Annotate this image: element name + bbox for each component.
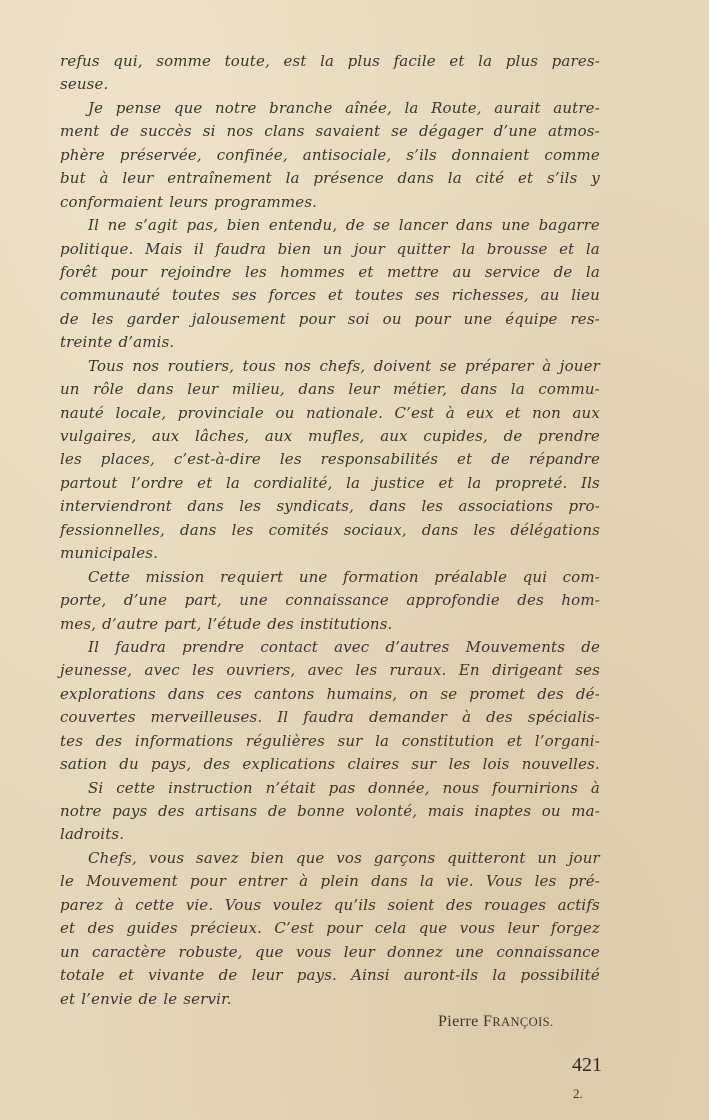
word: dans: [187, 495, 224, 518]
word: les: [232, 519, 254, 542]
word: plus: [506, 50, 538, 73]
word: donnaient: [452, 144, 530, 167]
word: la: [286, 167, 300, 190]
word: parez: [60, 894, 103, 917]
word: antisociale,: [303, 144, 392, 167]
word: qu’ils: [334, 894, 376, 917]
word: provinciale: [178, 402, 264, 425]
word: fournirions: [492, 777, 578, 800]
word: Il: [88, 636, 99, 659]
word: clans: [264, 120, 304, 143]
text-line: leMouvementpourentreràpleindanslavie.Vou…: [60, 870, 600, 893]
text-line: refusqui,sommetoute,estlaplusfacileetlap…: [60, 50, 600, 73]
word: et: [505, 402, 520, 425]
word: nos: [132, 355, 159, 378]
word: non: [532, 402, 561, 425]
word: s’ils: [547, 167, 578, 190]
text-line: Cettemissionrequiertuneformationpréalabl…: [60, 566, 600, 589]
word: dé-: [576, 683, 600, 706]
word: leur: [344, 941, 375, 964]
word: mes,: [60, 613, 96, 636]
text-line: butàleurentraînementlaprésencedanslacité…: [60, 167, 600, 190]
word: plein: [320, 870, 358, 893]
word: les: [473, 519, 495, 542]
word: et: [449, 50, 464, 73]
text-line: porte,d’unepart,uneconnaissanceapprofond…: [60, 589, 600, 612]
word: ouvriers,: [226, 659, 295, 682]
word: Mais: [145, 238, 182, 261]
word: Route,: [431, 97, 482, 120]
word: et: [439, 472, 454, 495]
text-line: totaleetvivantedeleurpays.Ainsiauront-il…: [60, 964, 600, 987]
word: que: [419, 917, 448, 940]
word: sur: [411, 753, 436, 776]
word: le: [60, 870, 74, 893]
word: pays.: [297, 964, 337, 987]
word: forgez: [551, 917, 600, 940]
word: dans: [371, 870, 408, 893]
word: une: [299, 566, 328, 589]
word: ou: [383, 308, 402, 331]
word: avec: [334, 636, 369, 659]
word: garçons: [374, 847, 436, 870]
word: les: [449, 753, 471, 776]
word: cordialité,: [254, 472, 333, 495]
word: la: [586, 261, 600, 284]
text-line: phèrepréservée,confinée,antisociale,s’il…: [60, 144, 600, 167]
word: robuste,: [179, 941, 243, 964]
word: et: [197, 472, 212, 495]
word: il: [194, 238, 204, 261]
word: vous: [460, 917, 495, 940]
text-line: couvertesmerveilleuses.Ilfaudrademanderà…: [60, 706, 600, 729]
word: des: [96, 730, 123, 753]
word: ou: [275, 402, 294, 425]
word: à: [542, 355, 551, 378]
word: cupides,: [423, 425, 488, 448]
word: rôle: [93, 378, 123, 401]
word: des: [517, 589, 544, 612]
word: couvertes: [60, 706, 136, 729]
word: vie.: [446, 870, 474, 893]
text-line: mes,d’autrepart,l’étudedesinstitutions.: [60, 613, 600, 636]
word: métier,: [393, 378, 447, 401]
word: Il: [277, 706, 288, 729]
word: mission: [146, 566, 205, 589]
word: avec: [308, 659, 343, 682]
text-line: conformaientleursprogrammes.: [60, 191, 600, 214]
word: à: [100, 167, 109, 190]
word: service: [485, 261, 540, 284]
word: pour: [111, 261, 147, 284]
word: politique.: [60, 238, 133, 261]
word: équipe: [505, 308, 557, 331]
word: et: [119, 964, 134, 987]
word: se: [440, 355, 457, 378]
word: délégations: [510, 519, 600, 542]
word: de: [268, 800, 287, 823]
word: cette: [135, 894, 174, 917]
word: les: [92, 308, 114, 331]
word: des: [267, 613, 294, 636]
word: répandre: [529, 448, 600, 471]
word: savaient: [316, 120, 381, 143]
word: dans: [180, 519, 217, 542]
word: servir.: [183, 988, 231, 1011]
text-line: seuse.: [60, 73, 600, 96]
word: des: [486, 706, 513, 729]
word: Vous: [225, 894, 261, 917]
word: milieu,: [232, 378, 285, 401]
word: un: [60, 378, 80, 401]
word: Mouvement: [86, 870, 178, 893]
word: bonne: [297, 800, 345, 823]
word: jouer: [560, 355, 600, 378]
word: une: [455, 941, 484, 964]
word: d’amis.: [119, 331, 175, 354]
word: confinée,: [217, 144, 288, 167]
word: actifs: [558, 894, 600, 917]
word: et: [60, 917, 75, 940]
word: de: [581, 636, 600, 659]
word: à: [115, 894, 124, 917]
word: dans: [168, 683, 205, 706]
word: toutes: [355, 284, 403, 307]
word: chefs,: [319, 355, 365, 378]
word: prendre: [538, 425, 600, 448]
word: jour: [354, 238, 385, 261]
word: cela: [375, 917, 407, 940]
word: quitteront: [447, 847, 525, 870]
word: pense: [116, 97, 161, 120]
word: bien: [251, 847, 285, 870]
word: dirigeant: [492, 659, 563, 682]
word: vivante: [148, 964, 204, 987]
word: entendu,: [269, 214, 337, 237]
word: leur: [348, 378, 379, 401]
word: la: [467, 472, 481, 495]
text-line: fessionnelles,danslescomitéssociaux,dans…: [60, 519, 600, 542]
word: et: [518, 167, 533, 190]
word: de: [60, 308, 79, 331]
word: de: [346, 214, 365, 237]
word: Il: [88, 214, 99, 237]
word: des: [88, 917, 115, 940]
word: pour: [415, 308, 451, 331]
word: rejoindre: [160, 261, 231, 284]
word: pré-: [569, 870, 600, 893]
word: de: [504, 425, 523, 448]
word: nos: [284, 355, 311, 378]
word: notre: [215, 97, 257, 120]
text-line: Sicetteinstructionn’étaitpasdonnée,nousf…: [60, 777, 600, 800]
word: l’étude: [208, 613, 262, 636]
word: la: [478, 50, 492, 73]
word: on: [409, 683, 428, 706]
word: ses: [415, 284, 440, 307]
word: une: [239, 589, 268, 612]
word: cette: [116, 777, 155, 800]
text-line: municipales.: [60, 542, 600, 565]
author-signature: Pierre François.: [438, 1013, 554, 1031]
word: et: [559, 238, 574, 261]
word: artisans: [195, 800, 257, 823]
word: les: [239, 495, 261, 518]
word: vos: [336, 847, 362, 870]
word: la: [420, 870, 434, 893]
word: un: [60, 941, 80, 964]
word: communauté: [60, 284, 160, 307]
word: la: [492, 964, 506, 987]
word: fessionnelles,: [60, 519, 165, 542]
word: plus: [348, 50, 380, 73]
word: aux: [380, 425, 408, 448]
word: de: [139, 988, 158, 1011]
word: bien: [278, 238, 312, 261]
word: Cette: [88, 566, 130, 589]
word: forces: [269, 284, 317, 307]
word: la: [375, 730, 389, 753]
word: les: [192, 659, 214, 682]
text-line: interviendrontdanslessyndicats,danslesas…: [60, 495, 600, 518]
word: possibilité: [521, 964, 600, 987]
word: d’une: [124, 589, 167, 612]
word: brousse: [487, 238, 548, 261]
word: un: [537, 847, 557, 870]
text-line: treinted’amis.: [60, 331, 600, 354]
word: facile: [394, 50, 436, 73]
word: dans: [298, 378, 335, 401]
word: que: [174, 97, 203, 120]
word: pares-: [552, 50, 600, 73]
text-line: forêtpourrejoindreleshommesetmettreauser…: [60, 261, 600, 284]
word: responsabilités: [321, 448, 439, 471]
word: atmos-: [548, 120, 600, 143]
word: partout: [60, 472, 118, 495]
word: sociaux,: [344, 519, 407, 542]
word: commu-: [538, 378, 600, 401]
word: qui: [523, 566, 548, 589]
text-line: lesplaces,c’est-à-direlesresponsabilités…: [60, 448, 600, 471]
word: forêt: [60, 261, 97, 284]
word: au: [541, 284, 560, 307]
word: régulières: [246, 730, 325, 753]
word: tous: [243, 355, 276, 378]
word: jalousement: [192, 308, 286, 331]
word: ruraux.: [390, 659, 447, 682]
word: d’autre: [102, 613, 158, 636]
word: part,: [164, 613, 201, 636]
word: se: [391, 120, 408, 143]
word: une: [501, 214, 530, 237]
word: Mouvements: [466, 636, 565, 659]
word: com-: [563, 566, 600, 589]
author-last-name-initial: F: [483, 1013, 492, 1030]
text-line: politique.Maisilfaudrabienunjourquitterl…: [60, 238, 600, 261]
word: constitution: [402, 730, 495, 753]
printer-signature-mark: 2.: [573, 1086, 583, 1102]
word: y: [591, 167, 600, 190]
word: seuse.: [60, 73, 108, 96]
word: dans: [456, 214, 493, 237]
word: locale,: [115, 402, 166, 425]
text-line: Jepensequenotrebrancheaînée,laRoute,aura…: [60, 97, 600, 120]
word: demander: [369, 706, 447, 729]
word: les: [535, 870, 557, 893]
word: C’est: [274, 917, 314, 940]
word: guides: [127, 917, 178, 940]
word: Je: [88, 97, 103, 120]
word: somme: [156, 50, 211, 73]
word: leur: [251, 964, 282, 987]
word: se: [373, 214, 390, 237]
word: ne: [108, 214, 127, 237]
word: auront-ils: [404, 964, 478, 987]
word: faudra: [115, 636, 166, 659]
word: justice: [374, 472, 425, 495]
word: vulgaires,: [60, 425, 136, 448]
word: lancer: [399, 214, 448, 237]
word: ma-: [571, 800, 600, 823]
text-line: etdesguidesprécieux.C’estpourcelaquevous…: [60, 917, 600, 940]
word: Ainsi: [351, 964, 390, 987]
word: part,: [185, 589, 222, 612]
text-line: etl’enviedeleservir.: [60, 988, 600, 1011]
text-line: mentdesuccèssinosclanssavaientsedégagerd…: [60, 120, 600, 143]
word: mais: [428, 800, 464, 823]
word: connaissance: [496, 941, 600, 964]
word: nouvelles.: [522, 753, 600, 776]
word: pour: [299, 308, 335, 331]
word: inaptes: [475, 800, 532, 823]
word: municipales.: [60, 542, 158, 565]
word: donnée,: [368, 777, 430, 800]
book-page: refusqui,sommetoute,estlaplusfacileetlap…: [0, 0, 709, 1120]
word: se: [440, 683, 457, 706]
text-line: uncaractèrerobuste,quevousleurdonnezunec…: [60, 941, 600, 964]
word: Chefs,: [88, 847, 137, 870]
word: spécialis-: [528, 706, 600, 729]
word: ses: [232, 284, 257, 307]
word: faudra: [215, 238, 266, 261]
word: pro-: [568, 495, 599, 518]
word: un: [323, 238, 343, 261]
text-line: delesgarderjalousementpoursoioupouruneéq…: [60, 308, 600, 331]
word: du: [119, 753, 139, 776]
word: rouages: [484, 894, 546, 917]
word: nauté: [60, 402, 104, 425]
word: eux: [466, 402, 493, 425]
word: l’envie: [81, 988, 132, 1011]
word: nationale.: [306, 402, 383, 425]
word: lâches,: [195, 425, 249, 448]
word: but: [60, 167, 86, 190]
word: si: [203, 120, 216, 143]
author-first-name: Pierre: [438, 1013, 479, 1030]
word: branche: [269, 97, 332, 120]
word: conformaient: [60, 191, 163, 214]
word: humains,: [327, 683, 398, 706]
word: s’agit: [135, 214, 178, 237]
word: treinte: [60, 331, 113, 354]
word: mufles,: [308, 425, 365, 448]
word: préparer: [465, 355, 534, 378]
word: places,: [101, 448, 155, 471]
word: toutes: [172, 284, 220, 307]
word: sur: [338, 730, 363, 753]
word: entraînement: [167, 167, 272, 190]
word: pas,: [187, 214, 219, 237]
word: des: [204, 753, 231, 776]
word: leur: [507, 917, 538, 940]
word: la: [448, 167, 462, 190]
text-line: notrepaysdesartisansdebonnevolonté,maisi…: [60, 800, 600, 823]
word: et: [358, 261, 373, 284]
word: les: [280, 448, 302, 471]
word: aux: [572, 402, 600, 425]
word: syndicats,: [276, 495, 354, 518]
word: aînée,: [345, 97, 392, 120]
text-line: communautétoutessesforcesettoutessesrich…: [60, 284, 600, 307]
word: est: [283, 50, 306, 73]
word: d’une: [494, 120, 537, 143]
word: propreté.: [495, 472, 567, 495]
word: pour: [190, 870, 226, 893]
word: des: [158, 800, 185, 823]
word: explorations: [60, 683, 156, 706]
word: porte,: [60, 589, 106, 612]
word: c’est-à-dire: [174, 448, 261, 471]
word: hom-: [561, 589, 600, 612]
word: richesses,: [452, 284, 529, 307]
word: aux: [265, 425, 293, 448]
word: n’était: [266, 777, 316, 800]
word: pour: [326, 917, 362, 940]
word: succès: [140, 120, 192, 143]
word: lieu: [571, 284, 600, 307]
word: Vous: [486, 870, 522, 893]
body-text: refusqui,sommetoute,estlaplusfacileetlap…: [60, 50, 600, 1011]
word: totale: [60, 964, 105, 987]
text-line: explorationsdanscescantonshumains,onsepr…: [60, 683, 600, 706]
text-line: jeunesse,aveclesouvriers,aveclesruraux.E…: [60, 659, 600, 682]
word: à: [299, 870, 308, 893]
word: de: [491, 448, 510, 471]
word: explications: [242, 753, 335, 776]
word: s’ils: [406, 144, 437, 167]
word: de: [110, 120, 129, 143]
word: la: [511, 378, 525, 401]
word: jeunesse,: [60, 659, 132, 682]
word: comme: [544, 144, 600, 167]
word: interviendront: [60, 495, 172, 518]
word: que: [296, 847, 325, 870]
word: En: [459, 659, 480, 682]
word: Ils: [581, 472, 600, 495]
word: dans: [137, 378, 174, 401]
word: de: [219, 964, 238, 987]
word: que: [255, 941, 284, 964]
word: jour: [569, 847, 600, 870]
word: ladroits.: [60, 823, 124, 846]
word: les: [421, 495, 443, 518]
word: institutions.: [300, 613, 393, 636]
word: merveilleuses.: [151, 706, 263, 729]
word: des: [537, 683, 564, 706]
word: tes: [60, 730, 83, 753]
word: mettre: [387, 261, 439, 284]
word: notre: [60, 800, 102, 823]
